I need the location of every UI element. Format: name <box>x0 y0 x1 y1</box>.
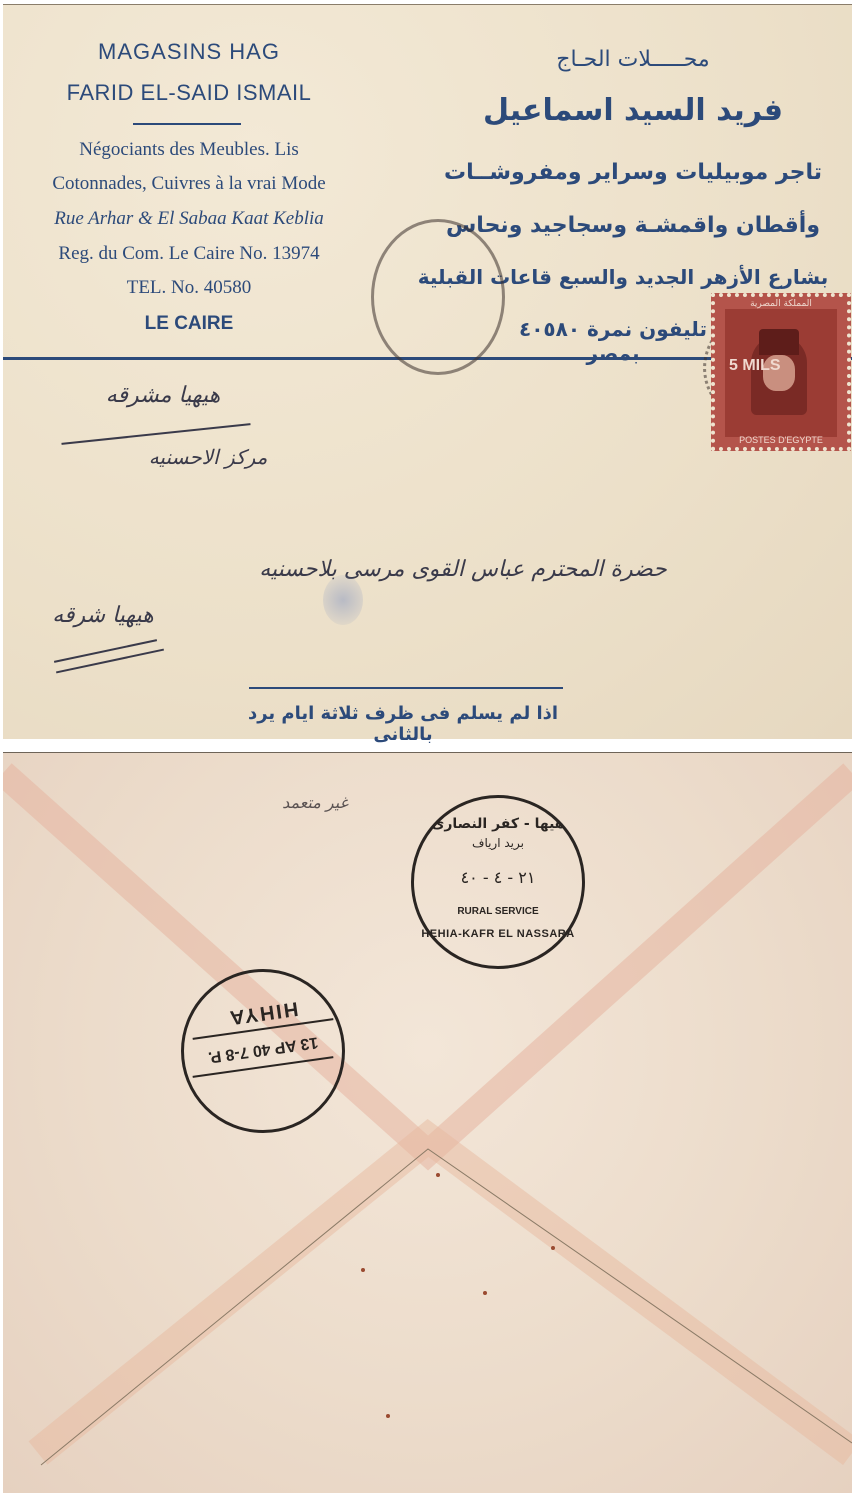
letterhead-line1: Négociants des Meubles. Lis <box>3 139 375 161</box>
handwritten-district: مركز الاحسنيه <box>103 445 313 469</box>
footer-rule <box>249 687 563 689</box>
postmark-rural-arabic-sub: بريد ارياف <box>424 836 572 850</box>
cancellation-mark <box>371 219 505 375</box>
letterhead-ar-line4: وأقطان واقمشـة وسجاجيد ونحاس <box>423 213 843 238</box>
postmark-rural-place: HEHIA-KAFR EL NASSARA <box>420 928 576 940</box>
postage-stamp: المملكة المصرية 5 MILS POSTES D'EGYPTE <box>711 293 851 451</box>
postmark-hihya: 13 AP 40 7-8 P. HIHYA <box>181 969 345 1133</box>
handwritten-underline-2b <box>56 649 164 674</box>
postmark-rural-service: RURAL SERVICE <box>424 906 572 917</box>
stamp-label: POSTES D'EGYPTE <box>715 435 847 445</box>
handwritten-underline <box>61 423 250 445</box>
postmark-rural-service: هيها - كفر النصارى بريد ارياف ٢١ - ٤ - ٤… <box>411 795 585 969</box>
ink-smudge <box>323 575 363 625</box>
handwritten-note: غير متعمد <box>265 793 365 812</box>
envelope-back: غير متعمد هيها - كفر النصارى بريد ارياف … <box>3 752 852 1493</box>
letterhead-city: LE CAIRE <box>3 313 375 335</box>
letterhead-ar-line1: محـــــلات الحـاج <box>423 47 843 72</box>
handwritten-address: حضرة المحترم عباس القوى مرسى بلاحسنيه <box>223 557 703 582</box>
handwritten-underline-2a <box>54 639 157 663</box>
handwritten-town: هيهيا مشرقه <box>63 383 263 408</box>
postmark-rural-date: ٢١ - ٤ - ٤٠ <box>424 868 572 887</box>
letterhead-registration: Reg. du Com. Le Caire No. 13974 <box>3 243 375 265</box>
letterhead-title-line2: FARID EL-SAID ISMAIL <box>3 80 375 106</box>
letterhead-line2: Cotonnades, Cuivres à la vrai Mode <box>3 173 375 195</box>
letterhead-divider <box>133 123 241 125</box>
envelope-front: MAGASINS HAG FARID EL-SAID ISMAIL Négoci… <box>3 4 852 739</box>
postmark-rural-arabic-top: هيها - كفر النصارى <box>424 816 572 832</box>
letterhead-ar-line3: تاجر موبيليات وسراير ومفروشــات <box>413 160 853 185</box>
stamp-value: 5 MILS <box>729 357 781 375</box>
letterhead-ar-name: فريد السيد اسماعيل <box>423 93 843 128</box>
letterhead-address: Rue Arhar & El Sabaa Kaat Keblia <box>3 208 375 230</box>
handwritten-town-repeat: هيهيا شرقه <box>33 603 173 628</box>
stamp-fez <box>759 329 799 355</box>
return-instruction: اذا لم يسلم فى ظرف ثلاثة ايام يرد بالثان… <box>233 703 573 745</box>
letterhead-telephone: TEL. No. 40580 <box>3 277 375 299</box>
stamp-country: المملكة المصرية <box>715 299 847 309</box>
letterhead-title-line1: MAGASINS HAG <box>3 39 375 65</box>
